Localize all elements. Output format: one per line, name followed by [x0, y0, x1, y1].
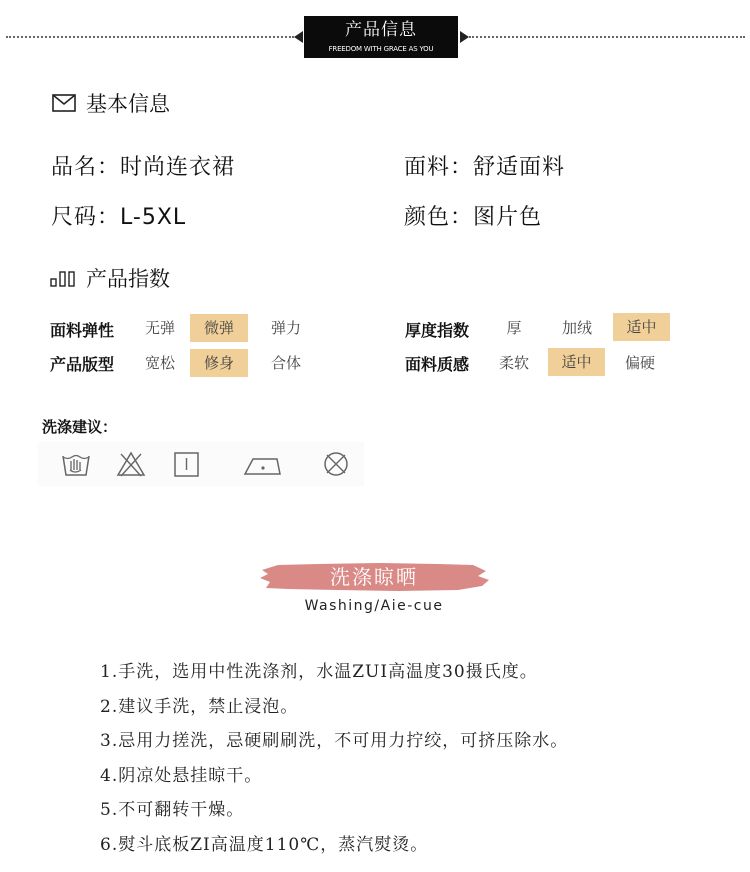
line-dry-icon	[172, 448, 202, 480]
index-label-elasticity: 面料弹性	[50, 318, 114, 341]
list-item: 4.阴凉处悬挂晾干。	[100, 762, 568, 797]
product-name-value: 时尚连衣裙	[120, 155, 235, 180]
list-item: 5.不可翻转干燥。	[100, 796, 568, 831]
do-not-tumble-dry-icon	[320, 448, 352, 480]
basic-info-heading: 基本信息	[52, 88, 170, 118]
list-item: 6.熨斗底板ZI高温度110℃，蒸汽熨烫。	[100, 831, 568, 866]
product-index-title: 产品指数	[86, 263, 170, 293]
field-size: 尺码：L-5XL	[51, 200, 186, 231]
bar-chart-icon	[50, 269, 76, 287]
field-product-name: 品名：时尚连衣裙	[51, 150, 235, 181]
product-index-heading: 产品指数	[50, 263, 170, 293]
list-item: 2.建议手洗，禁止浸泡。	[100, 693, 568, 728]
mail-icon	[52, 94, 76, 112]
index-label-texture: 面料质感	[405, 352, 469, 375]
section-banner: 产品信息 FREEDOM WITH GRACE AS YOU	[304, 16, 458, 58]
fabric-value: 舒适面料	[473, 155, 565, 180]
do-not-bleach-icon	[115, 448, 147, 480]
washing-title: 洗涤晾晒	[258, 562, 490, 592]
size-value: L-5XL	[120, 205, 186, 230]
list-item: 1.手洗，选用中性洗涤剂，水温ZUI高温度30摄氏度。	[100, 658, 568, 693]
index-option-selected: 适中	[548, 348, 605, 376]
banner-title: 产品信息	[304, 19, 458, 41]
index-option: 弹力	[258, 314, 314, 342]
iron-low-icon	[243, 448, 283, 480]
banner-subtitle: FREEDOM WITH GRACE AS YOU	[304, 44, 458, 54]
index-option-selected: 微弹	[190, 314, 248, 342]
divider-left	[6, 36, 294, 38]
list-item: 3.忌用力搓洗，忌硬刷刷洗，不可用力拧绞，可挤压除水。	[100, 727, 568, 762]
color-value: 图片色	[473, 205, 542, 230]
index-option: 厚	[494, 314, 534, 342]
index-option: 宽松	[134, 349, 186, 377]
hand-wash-icon	[60, 448, 92, 480]
index-label-thickness: 厚度指数	[405, 318, 469, 341]
wash-advice-title: 洗涤建议：	[42, 416, 117, 437]
arrow-right-icon	[460, 31, 469, 43]
index-option: 合体	[258, 349, 314, 377]
index-option-selected: 适中	[613, 313, 670, 341]
care-instructions-list: 1.手洗，选用中性洗涤剂，水温ZUI高温度30摄氏度。 2.建议手洗，禁止浸泡。…	[100, 658, 568, 865]
index-option: 加绒	[550, 314, 604, 342]
washing-subtitle: Washing/Aie-cue	[258, 598, 490, 614]
index-label-fit: 产品版型	[50, 352, 114, 375]
index-option-selected: 修身	[190, 349, 248, 377]
divider-right	[469, 36, 745, 38]
arrow-left-icon	[294, 31, 303, 43]
field-color: 颜色：图片色	[404, 200, 542, 231]
basic-info-title: 基本信息	[86, 88, 170, 118]
index-option: 柔软	[490, 349, 538, 377]
index-option: 无弹	[134, 314, 186, 342]
index-option: 偏硬	[613, 349, 667, 377]
field-fabric: 面料：舒适面料	[404, 150, 565, 181]
